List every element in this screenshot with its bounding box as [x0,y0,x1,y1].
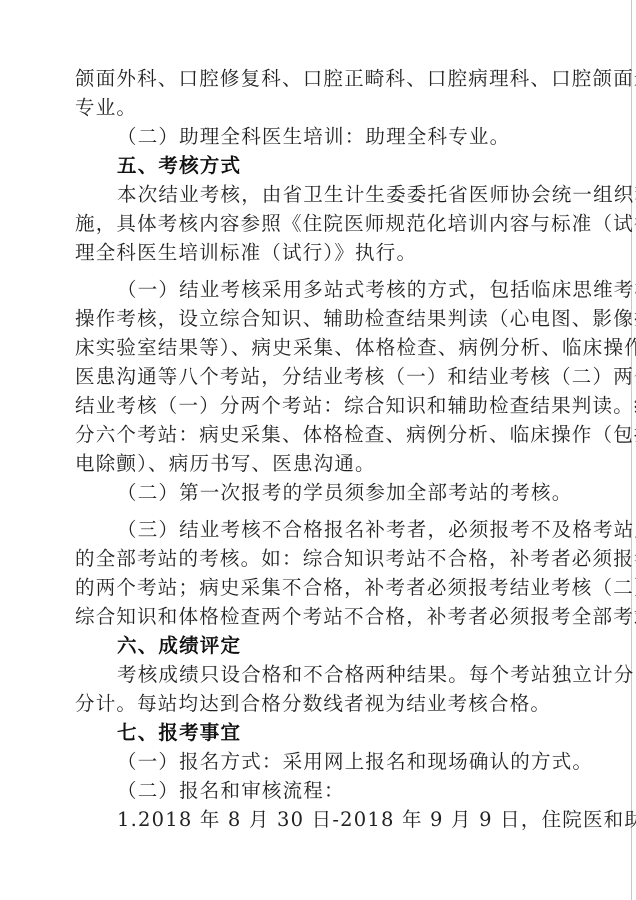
section-heading-six: 六、成绩评定 [75,631,579,660]
text-line: （三）结业考核不合格报名补考者，必须报考不及格考站所在考核部分 [75,515,579,544]
text-line: 本次结业考核，由省卫生计生委委托省医师协会统一组织和负责具体实 [75,180,579,209]
text-line: 施，具体考核内容参照《住院医师规范化培训内容与标准（试行）》和《助 [75,209,579,238]
paragraph-gap [75,267,579,275]
text-line: 分六个考站：病史采集、体格检查、病例分析、临床操作（包括心肺复苏、 [75,420,579,449]
text-line: （一）结业考核采用多站式考核的方式，包括临床思维考核和临床技能 [75,275,579,304]
text-line: 专业。 [75,93,579,122]
document-page: 颌面外科、口腔修复科、口腔正畸科、口腔病理科、口腔颌面影像科等 34 个 专业。… [0,0,636,900]
text-line: （一）报名方式：采用网上报名和现场确认的方式。 [75,747,579,776]
text-line: 1.2018 年 8 月 30 日-2018 年 9 月 9 日，住院医和助理全… [75,805,579,834]
page-edge-line [631,0,632,900]
section-heading-five: 五、考核方式 [75,151,579,180]
document-body: 颌面外科、口腔修复科、口腔正畸科、口腔病理科、口腔颌面影像科等 34 个 专业。… [75,64,579,834]
text-line: 床实验室结果等）、病史采集、体格检查、病例分析、临床操作、病历书写、 [75,333,579,362]
text-line: 结业考核（一）分两个考站：综合知识和辅助检查结果判读。结业考核（二） [75,391,579,420]
text-line: 颌面外科、口腔修复科、口腔正畸科、口腔病理科、口腔颌面影像科等 34 个 [75,64,579,93]
text-line: 的全部考站的考核。如：综合知识考站不合格，补考者必须报考结业考核（一） [75,544,579,573]
text-line: 电除颤）、病历书写、医患沟通。 [75,449,579,478]
text-line: 考核成绩只设合格和不合格两种结果。每个考站独立计分，满分以 100 [75,660,579,689]
text-line: 理全科医生培训标准（试行）》执行。 [75,238,579,267]
section-heading-seven: 七、报考事宜 [75,718,579,747]
text-line: （二）报名和审核流程： [75,776,579,805]
text-line: （二）第一次报考的学员须参加全部考站的考核。 [75,478,579,507]
text-line: （二）助理全科医生培训：助理全科专业。 [75,122,579,151]
text-line: 操作考核，设立综合知识、辅助检查结果判读（心电图、影像摄片结果、临 [75,304,579,333]
text-line: 的两个考站；病史采集不合格，补考者必须报考结业考核（二）的六个考站； [75,573,579,602]
text-line: 综合知识和体格检查两个考站不合格，补考者必须报考全部考站。 [75,602,579,631]
text-line: 医患沟通等八个考站，分结业考核（一）和结业考核（二）两个部分进行。 [75,362,579,391]
text-line: 分计。每站均达到合格分数线者视为结业考核合格。 [75,689,579,718]
paragraph-gap [75,507,579,515]
